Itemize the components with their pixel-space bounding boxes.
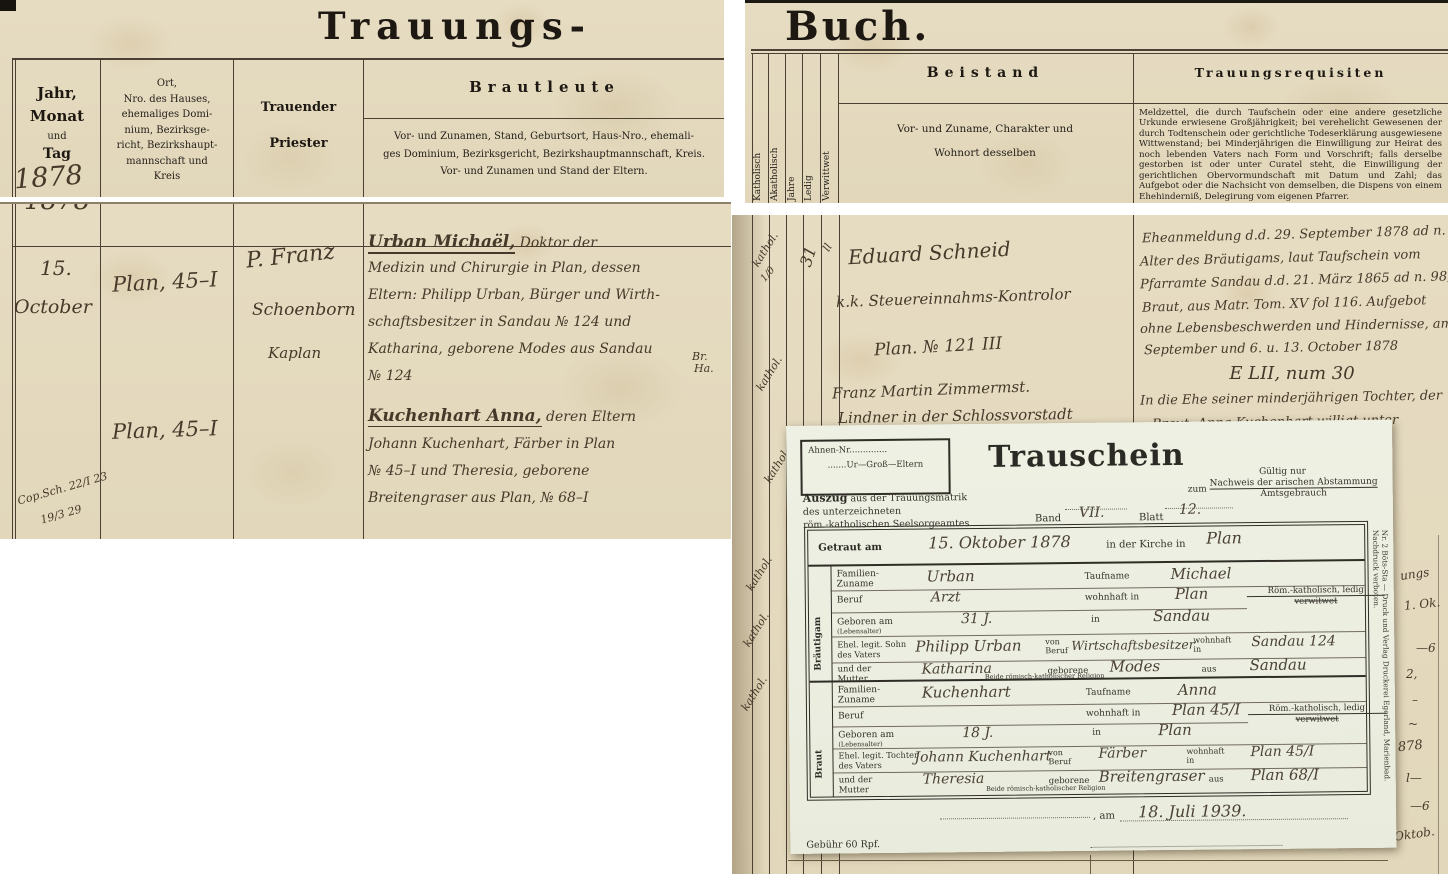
page-title-left: Trauungs- — [290, 4, 620, 48]
bride-name: Kuchenhart Anna, — [368, 406, 542, 427]
auszug-block: Auszug aus der Trauungsmatrik des unterz… — [803, 490, 970, 532]
bride-fam-value: Kuchenhart — [922, 683, 1011, 702]
bride-alter-value: 18 J. — [962, 725, 993, 741]
table-rule — [1438, 535, 1439, 874]
trauschein-certificate: Ahnen-Nr.............. .......Ur—Groß—El… — [786, 420, 1396, 854]
am-label: , am — [1093, 811, 1115, 822]
blatt-value: 12. — [1179, 502, 1201, 518]
section-label-braeutigam: Bräutigam — [813, 581, 830, 671]
bride-ort-value: Plan — [1158, 721, 1192, 739]
col-header-jahre: Jahre — [787, 133, 801, 201]
requisiten-line: September und 6. u. 13. October 1878 — [1144, 339, 1398, 358]
margin-note-line1: Cop.Sch. 22/I 23 — [16, 469, 109, 507]
geboren-sub-label: (Lebensalter) — [837, 627, 881, 635]
table-rule — [838, 103, 1133, 104]
rk-block-bride: Röm.-katholisch, ledig verwitwet — [1248, 703, 1386, 725]
table-rule — [802, 53, 803, 203]
beistand-line: Franz Martin Zimmermst. — [832, 378, 1031, 403]
col-header-verwittwet: Verwittwet — [822, 113, 836, 201]
table-rule — [1133, 103, 1448, 104]
col-header-und: und — [16, 131, 98, 142]
bride-name-rest: deren Eltern — [542, 409, 636, 425]
left-page-header-strip: Trauungs- Jahr, Monat und Tag 1878 Ort, … — [0, 0, 724, 197]
table-rule — [233, 204, 234, 539]
edge-fragment: 2, — [1406, 667, 1417, 681]
scan-corner-mark — [0, 0, 16, 11]
auszug-word: Auszug — [803, 491, 848, 504]
entry-place-groom: Plan, 45–I — [111, 267, 218, 297]
edge-fragment: l— — [1406, 771, 1422, 785]
kirche-value: Plan — [1206, 528, 1242, 547]
col-header-requisiten-text: Meldzettel, die durch Taufschein oder ei… — [1139, 108, 1442, 202]
right-page-header-strip: Buch. Katholisch Akatholisch Jahre Ledig… — [745, 0, 1448, 203]
ahnen-box: Ahnen-Nr.............. .......Ur—Groß—El… — [800, 438, 951, 496]
age-mark: 31 — [796, 244, 820, 269]
col-header-ledig: Ledig — [804, 133, 818, 201]
groom-fam-value: Urban — [926, 567, 974, 586]
rk-block-groom: Röm.-katholisch, ledig verwitwet — [1247, 585, 1385, 607]
groom-maus-value: Sandau — [1249, 656, 1306, 675]
edge-fragment: —6 — [1416, 641, 1436, 655]
col-header-akatholisch: Akatholisch — [770, 105, 784, 201]
band-label: Band — [1035, 513, 1061, 524]
requisiten-line: ohne Lebensbeschwerden und Hindernisse, … — [1140, 316, 1448, 337]
requisiten-line: Eheanmeldung d.d. 29. September 1878 ad … — [1142, 223, 1448, 247]
edge-fragment: —6 — [1410, 799, 1430, 813]
edge-fragment: Oktob. — [1393, 824, 1435, 844]
religion-note-groom: Beide römisch-katholischer Religion — [930, 671, 1160, 681]
beruf-label: Beruf — [837, 595, 862, 605]
scanned-marriage-register: Trauungs- Jahr, Monat und Tag 1878 Ort, … — [0, 0, 1448, 874]
table-rule — [363, 118, 724, 119]
geboren-label: Geboren am — [837, 617, 893, 628]
bride-tauf-value: Anna — [1178, 681, 1217, 699]
col-header-tag: Tag — [16, 146, 98, 162]
ahnen-nr-label: Ahnen-Nr.............. — [808, 444, 942, 455]
gebuehr-label: Gebühr 60 Rpf. — [806, 839, 880, 851]
col-header-katholisch: Katholisch — [753, 105, 767, 201]
col-header-ort: Ort, Nro. des Hauses, ehemaliges Domi- n… — [102, 76, 232, 185]
tauf-label: Taufname — [1085, 571, 1130, 581]
requisiten-line: Pfarramte Sandau d.d. 21. März 1865 ad n… — [1140, 269, 1448, 293]
section-label-braut: Braut — [814, 709, 831, 779]
requisiten-line: Alter des Bräutigams, laut Taufschein vo… — [1140, 247, 1421, 269]
groom-tauf-value: Michael — [1170, 564, 1231, 583]
bride-line: № 45–I und Theresia, geborene — [368, 463, 728, 490]
in-label: in — [1092, 728, 1101, 738]
table-rule — [15, 204, 16, 539]
table-rule — [363, 204, 364, 539]
year-handwritten: 1878 — [13, 160, 84, 196]
requisiten-line: Braut, aus Matr. Tom. XV fol 116. Aufgeb… — [1142, 293, 1427, 315]
wohnhaft-label: wohnhaft in — [1193, 635, 1231, 653]
groom-line: Medizin und Chirurgie in Plan, dessen — [368, 260, 728, 287]
aus-label: aus — [1209, 774, 1224, 784]
table-rule — [751, 49, 1448, 51]
table-rule — [751, 53, 1448, 54]
am-value: 18. Juli 1939. — [1138, 801, 1247, 821]
tauf-label: Taufname — [1086, 687, 1131, 697]
getraut-value: 15. Oktober 1878 — [928, 532, 1071, 552]
rk-verwitwet: verwitwet — [1248, 714, 1386, 725]
edge-fragment: 878 — [1397, 738, 1423, 756]
groom-name: Urban Michaël, — [368, 232, 515, 254]
entry-groom-paragraph: Urban Michaël, Doktor der Medizin und Ch… — [368, 232, 728, 395]
col-header-priester-1: Trauender — [235, 100, 362, 115]
getraut-label: Getraut am — [818, 542, 882, 554]
fam-label: Familien- Zuname — [837, 569, 880, 589]
table-rule — [12, 204, 13, 539]
vonberuf-label: von Beruf — [1045, 637, 1068, 655]
groom-vwohn-value: Sandau 124 — [1251, 633, 1336, 650]
year-sliver: 1878 — [24, 202, 90, 216]
table-rule — [768, 53, 769, 203]
register-bottom-rule — [788, 860, 1388, 861]
col-header-beistand-sub: Vor- und Zuname, Charakter und Wohnort d… — [845, 123, 1125, 159]
beistand-line: Plan. № 121 III — [874, 334, 1003, 361]
beistand-line: k.k. Steuereinnahms-Kontrolor — [836, 285, 1071, 311]
requisiten-line: In die Ehe seiner minderjährigen Tochter… — [1140, 388, 1442, 408]
bride-maus-value: Plan 68/I — [1251, 765, 1320, 784]
ahnen-eltern-label: .......Ur—Groß—Eltern — [808, 459, 942, 470]
bride-line: Breitengraser aus Plan, № 68–I — [368, 490, 728, 517]
beistand-line: Eduard Schneid — [847, 237, 1011, 269]
bride-vater-value: Johann Kuchenhart — [914, 748, 1051, 765]
form-title: Trauschein — [956, 437, 1216, 475]
groom-alter-value: 31 J. — [961, 611, 992, 627]
groom-wohn-value: Plan — [1175, 585, 1209, 603]
in-label: in — [1091, 615, 1100, 625]
register-bottom-rule — [1090, 855, 1091, 874]
groom-vberuf-value: Wirtschaftsbesitzer — [1071, 637, 1195, 653]
printer-imprint-vertical: Nr. 2 Böts-Sta — Druck und Verlag Drucke… — [1371, 530, 1392, 810]
col-header-requisiten: Trauungsrequisiten — [1133, 65, 1448, 80]
form-main-box: Getraut am 15. Oktober 1878 in der Kirch… — [807, 524, 1368, 798]
rk-verwitwet: verwitwet — [1247, 596, 1385, 607]
form-rule — [808, 559, 1364, 566]
wohn-label: wohnhaft in — [1085, 592, 1139, 603]
col-header-beistand: Beistand — [838, 65, 1133, 81]
groom-vater-value: Philipp Urban — [915, 637, 1021, 656]
kirche-label: in der Kirche in — [1106, 539, 1185, 551]
table-rule — [100, 204, 101, 539]
wohn-label: wohnhaft in — [1086, 708, 1140, 719]
beruf-label: Beruf — [838, 711, 863, 721]
edge-fragment: ~ — [1408, 717, 1418, 731]
col-header-jahr: Jahr, — [16, 84, 98, 102]
entry-month: October — [14, 296, 92, 318]
auszug-rest: aus der Trauungsmatrik — [847, 492, 967, 504]
requisiten-line-emph: E LII, num 30 — [1172, 363, 1412, 384]
wohnhaft-label: wohnhaft in — [1186, 746, 1224, 764]
gueltig-zum: zum — [1188, 485, 1207, 495]
table-rule — [233, 58, 234, 197]
col-header-brautleute: Brautleute — [365, 78, 724, 96]
religion-note-bride: Beide römisch-katholischer Religion — [931, 783, 1161, 793]
col-header-brautleute-sub: Vor- und Zunamen, Stand, Geburtsort, Hau… — [368, 128, 720, 181]
blatt-label: Blatt — [1139, 512, 1164, 523]
entry-day: 15. — [40, 256, 72, 280]
gutter-shadow — [732, 215, 766, 874]
gueltig-bottom: Amtsgebrauch — [1210, 488, 1378, 500]
mutter-label: und der Mutter — [838, 664, 872, 684]
table-rule — [785, 53, 786, 203]
bride-vwohn-value: Plan 45/I — [1250, 743, 1314, 760]
dotted-line — [1090, 845, 1282, 848]
edge-note-line2: Ha. — [694, 362, 714, 375]
groom-line: schaftsbesitzer in Sandau № 124 und — [368, 314, 728, 341]
ledig-mark: ll — [820, 241, 835, 254]
edge-fragment: ungs — [1399, 565, 1430, 583]
fam-label: Familien- Zuname — [838, 685, 881, 705]
groom-line: Eltern: Philipp Urban, Bürger und Wirth- — [368, 287, 728, 314]
table-rule — [363, 58, 364, 197]
col-header-priester-2: Priester — [235, 136, 362, 151]
col-header-monat: Monat — [16, 107, 98, 125]
tochter-label: Ehel. legit. Tochter des Vaters — [838, 750, 918, 771]
groom-name-rest: Doktor der — [515, 235, 597, 251]
margin-note-line2: 19/3 29 — [39, 502, 83, 526]
table-rule — [12, 58, 724, 60]
groom-line: Katharina, geborene Modes aus Sandau — [368, 341, 728, 368]
groom-ort-value: Sandau — [1153, 607, 1210, 626]
bride-vberuf-value: Färber — [1098, 745, 1146, 761]
page-title-right: Buch. — [785, 3, 930, 50]
table-rule — [100, 58, 101, 197]
table-rule — [820, 53, 821, 203]
groom-line: № 124 — [368, 368, 728, 395]
aus-label: aus — [1202, 665, 1217, 675]
vonberuf-label: von Beruf — [1048, 748, 1071, 766]
table-rule — [769, 215, 770, 874]
sohn-label: Ehel. legit. Sohn des Vaters — [837, 639, 906, 660]
entry-place-bride: Plan, 45–I — [112, 416, 219, 444]
mutter-label: und der Mutter — [839, 775, 873, 795]
geboren-label: Geboren am — [838, 730, 894, 741]
edge-fragment: 1. Ok. — [1403, 595, 1440, 613]
entry-priest-line2: Schoenborn — [252, 300, 356, 320]
entry-bride-paragraph: Kuchenhart Anna, deren Eltern Johann Kuc… — [368, 406, 728, 517]
entry-priest-line1: P. Franz — [245, 239, 336, 273]
table-rule — [752, 215, 753, 874]
gueltig-line1: Gültig nur — [1186, 466, 1378, 478]
entry-priest-line3: Kaplan — [268, 344, 321, 362]
left-page-body-strip: 1878 15. October Plan, 45–I Plan, 45–I P… — [0, 202, 731, 539]
bride-line: Johann Kuchenhart, Färber in Plan — [368, 436, 728, 463]
band-value: VII. — [1079, 505, 1105, 521]
bride-wohn-value: Plan 45/I — [1172, 700, 1241, 719]
edge-fragment: – — [1412, 693, 1418, 707]
dotted-line — [940, 817, 1090, 820]
gueltig-block: Gültig nur zum Nachweis der arischen Abs… — [1186, 466, 1378, 500]
groom-beruf-value: Arzt — [931, 589, 961, 605]
